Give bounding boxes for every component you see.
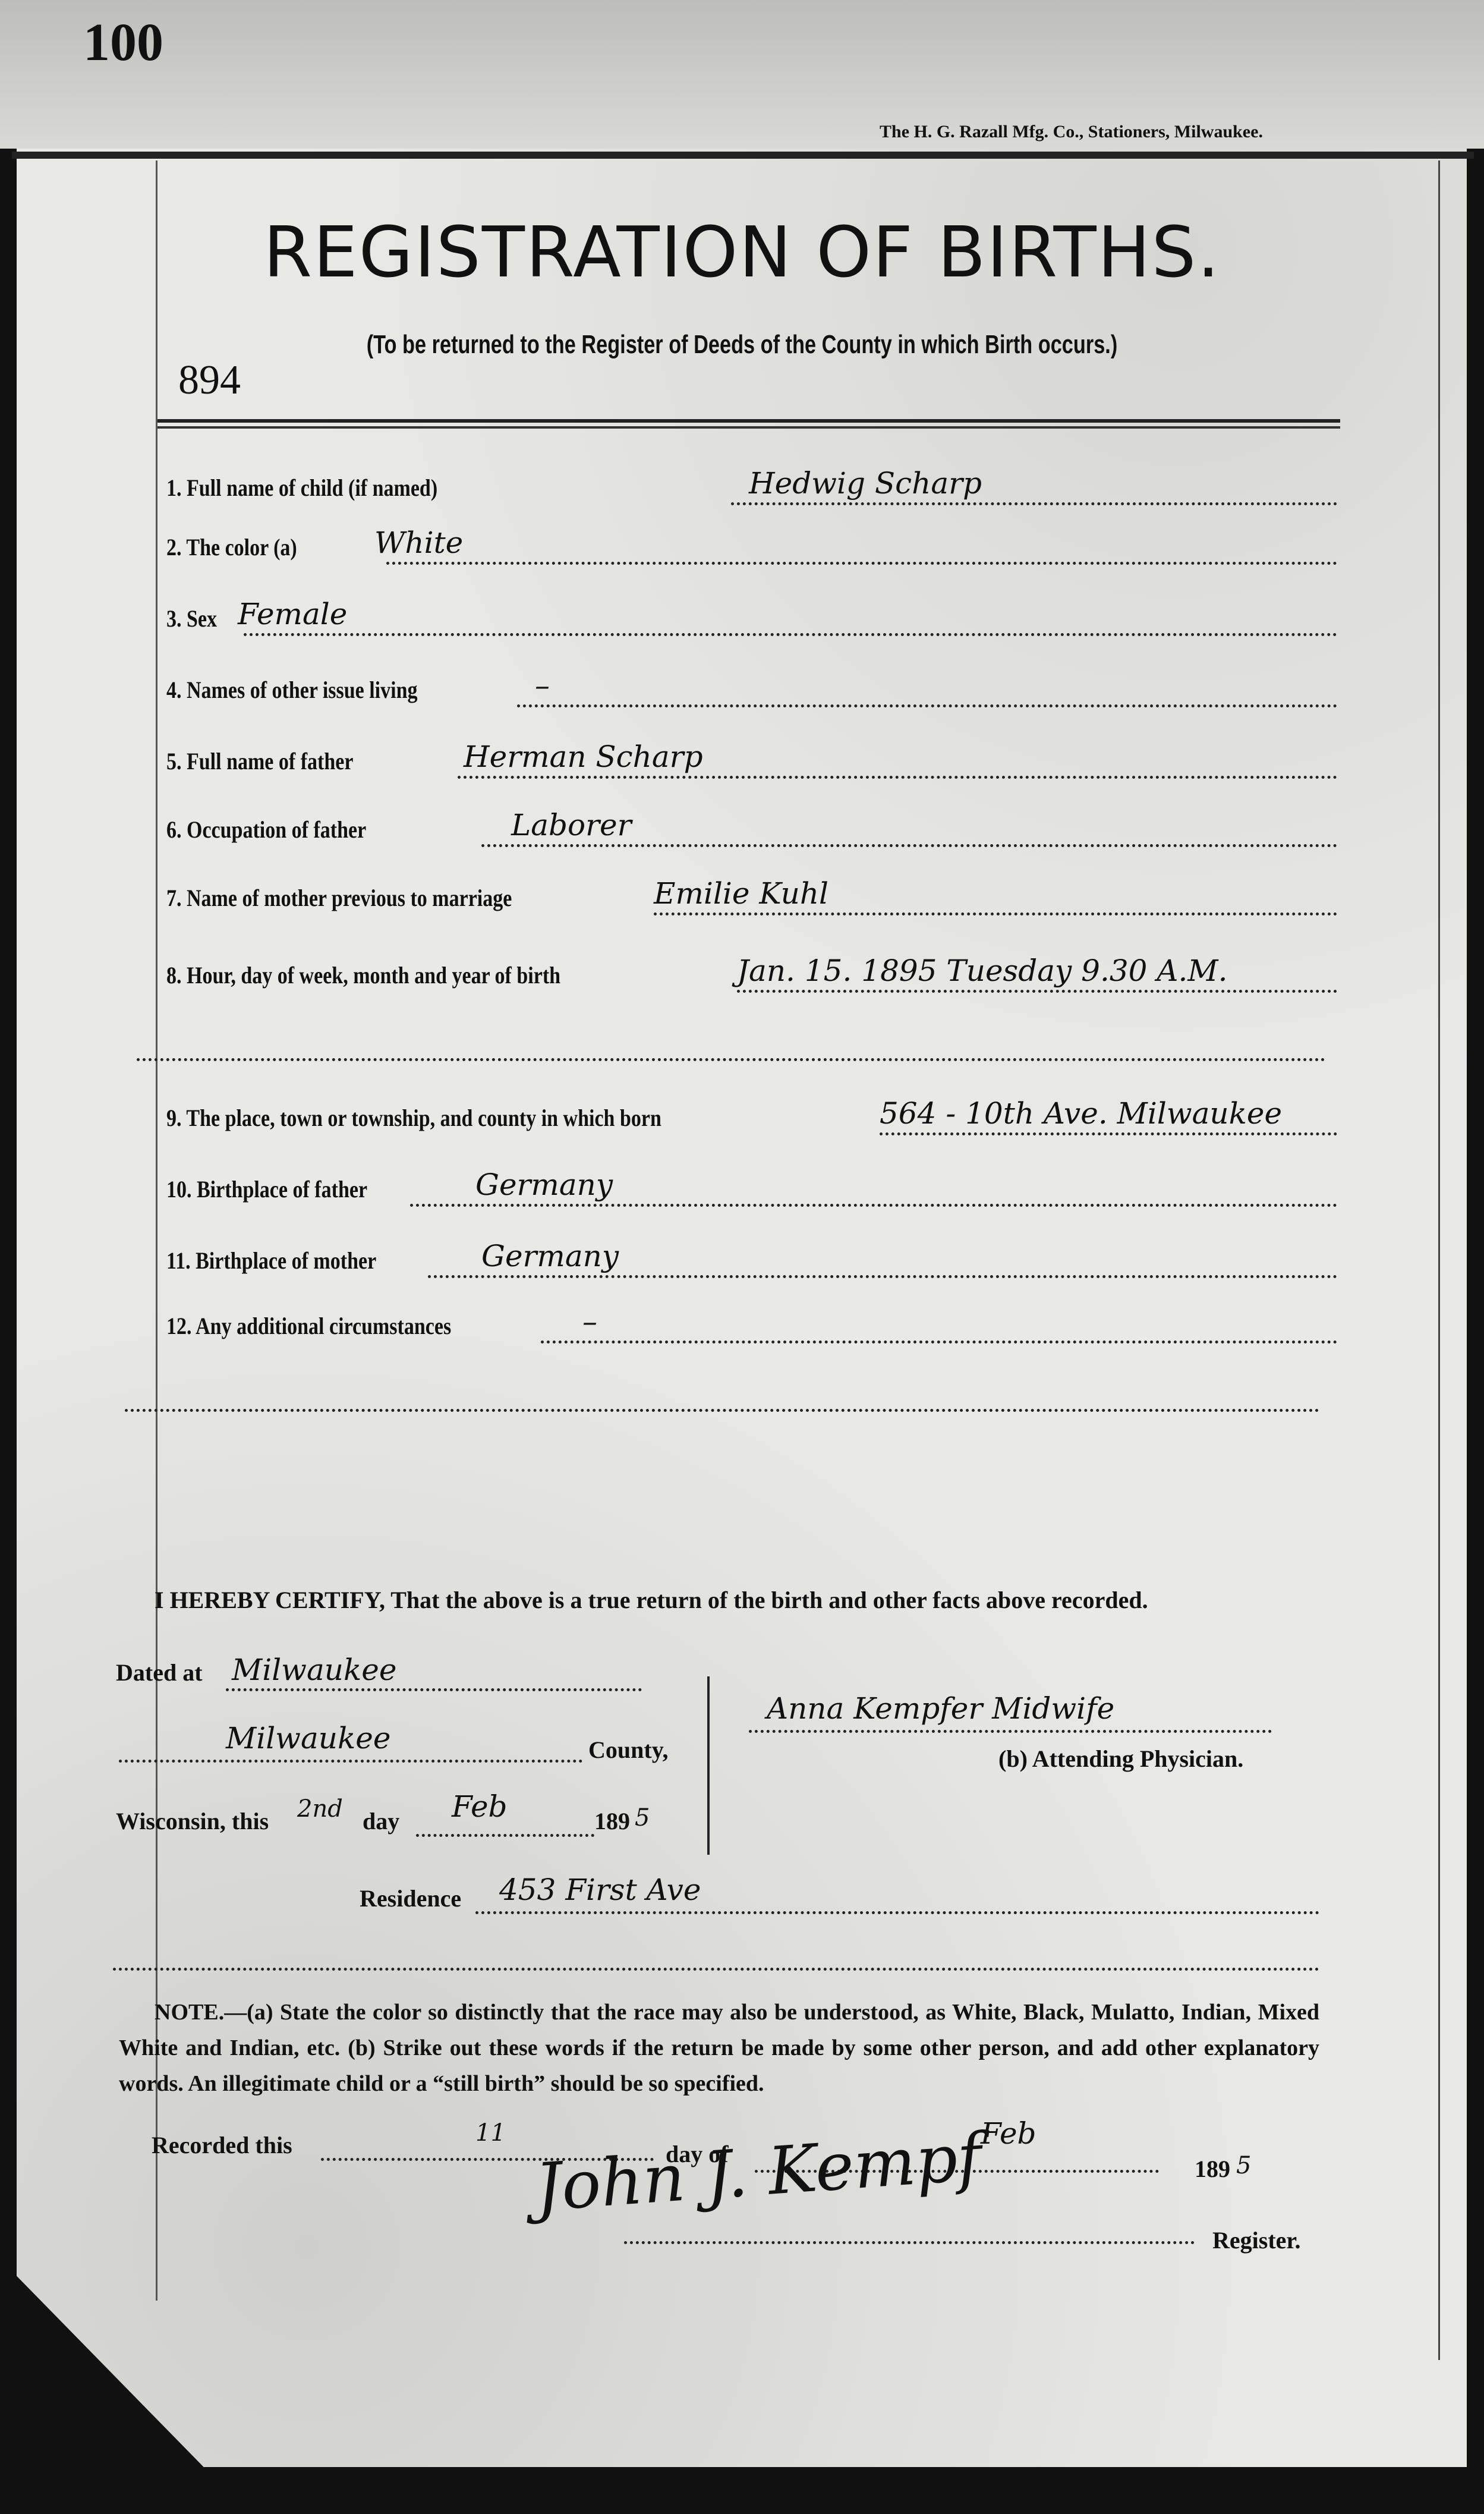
field-line [517,704,1337,707]
wisconsin-label: Wisconsin, this [116,1807,269,1835]
cert-month-value: Feb [452,1789,508,1824]
field-row-mother-maiden-name: 7. Name of mother previous to marriage E… [166,880,1337,915]
field-value: Hedwig Scharp [749,466,982,501]
recorded-day-value: 11 [475,2119,506,2147]
form-subtitle: (To be returned to the Register of Deeds… [163,330,1321,360]
field-value: Female [238,597,347,631]
register-signature-line [624,2241,1195,2244]
dated-at-label: Dated at [116,1659,203,1687]
field-label: 10. Birthplace of father [166,1175,367,1203]
field-line [458,776,1337,779]
recorded-year-label: 189 [1195,2155,1230,2183]
stationer-imprint: The H. G. Razall Mfg. Co., Stationers, M… [880,122,1263,142]
top-rule [12,152,1474,159]
field-row-child-name: 1. Full name of child (if named) Hedwig … [166,470,1337,505]
field-row-father-name: 5. Full name of father Herman Scharp [166,743,1337,779]
field-label: 11. Birthplace of mother [166,1247,376,1275]
field-value: Herman Scharp [464,740,703,774]
field-line [244,633,1337,636]
header-double-rule [157,419,1340,429]
field-line [410,1204,1337,1207]
dated-at-line [226,1688,642,1691]
scan-shadow-bottom [0,2467,1484,2514]
field-line [386,562,1337,565]
field-label: 4. Names of other issue living [166,676,417,704]
field-row-father-birthplace: 10. Birthplace of father Germany [166,1171,1337,1207]
blank-continuation-line [137,1058,1325,1061]
field-value: Germany [475,1168,613,1202]
county-value: Milwaukee [226,1721,390,1755]
field-label: 2. The color (a) [166,533,297,561]
certificate-number: 894 [178,357,241,404]
field-row-father-occupation: 6. Occupation of father Laborer [166,811,1337,847]
field-line [481,844,1337,847]
page-number: 100 [83,12,163,73]
field-line [541,1341,1337,1343]
field-line [737,990,1337,993]
physician-signature: Anna Kempfer Midwife [767,1691,1114,1726]
cert-day-value: 2nd [297,1795,343,1823]
field-value: Jan. 15. 1895 Tuesday 9.30 A.M. [737,954,1227,988]
field-value: 564 - 10th Ave. Milwaukee [880,1096,1282,1131]
cert-year-value: 5 [635,1804,650,1832]
field-line [654,913,1337,915]
cert-month-line [416,1834,594,1837]
field-value: Laborer [511,808,632,842]
residence-label: Residence [360,1884,461,1912]
field-line [880,1132,1337,1135]
form-title: REGISTRATION OF BIRTHS. [0,211,1484,293]
field-label: 12. Any additional circumstances [166,1312,451,1340]
field-value: Germany [481,1239,619,1273]
physician-signature-line [749,1730,1272,1733]
dated-at-value: Milwaukee [232,1653,396,1687]
signature-brace [707,1676,721,1855]
field-line [428,1275,1337,1278]
note-text: NOTE.—(a) State the color so distinctly … [119,1994,1319,2101]
field-line [731,502,1337,505]
county-line [119,1760,582,1763]
recorded-year-value: 5 [1236,2152,1251,2179]
field-label: 8. Hour, day of week, month and year of … [166,961,560,989]
attending-physician-label: (b) Attending Physician. [998,1745,1243,1773]
blank-continuation-line [113,1968,1319,1971]
field-row-additional-circumstances: 12. Any additional circumstances – [166,1308,1337,1343]
field-value: – [582,1304,597,1339]
field-value: White [374,526,463,560]
certification-text: I HEREBY CERTIFY, That the above is a tr… [119,1581,1319,1619]
field-row-color: 2. The color (a) White [166,529,1337,565]
field-row-other-issue: 4. Names of other issue living – [166,672,1337,707]
field-label: 3. Sex [166,605,217,633]
field-label: 7. Name of mother previous to marriage [166,884,512,912]
field-label: 1. Full name of child (if named) [166,474,437,502]
field-label: 5. Full name of father [166,747,353,775]
field-row-birth-datetime: 8. Hour, day of week, month and year of … [166,957,1337,993]
county-label: County, [588,1736,669,1764]
field-label: 6. Occupation of father [166,816,366,844]
right-margin-rule [1438,161,1440,2360]
field-label: 9. The place, town or township, and coun… [166,1104,661,1132]
field-row-sex: 3. Sex Female [166,600,1337,636]
day-label: day [363,1807,399,1835]
residence-value: 453 First Ave [499,1873,701,1907]
recorded-month-value: Feb [981,2116,1036,2151]
field-value: – [535,668,550,703]
blank-continuation-line [125,1409,1319,1412]
residence-line [475,1911,1319,1914]
field-row-mother-birthplace: 11. Birthplace of mother Germany [166,1242,1337,1278]
field-value: Emilie Kuhl [654,876,828,911]
cert-year-label: 189 [594,1807,630,1835]
register-label: Register. [1212,2226,1300,2254]
recorded-label: Recorded this [152,2131,292,2159]
field-row-birthplace: 9. The place, town or township, and coun… [166,1100,1337,1135]
left-margin-rule [156,161,157,2301]
